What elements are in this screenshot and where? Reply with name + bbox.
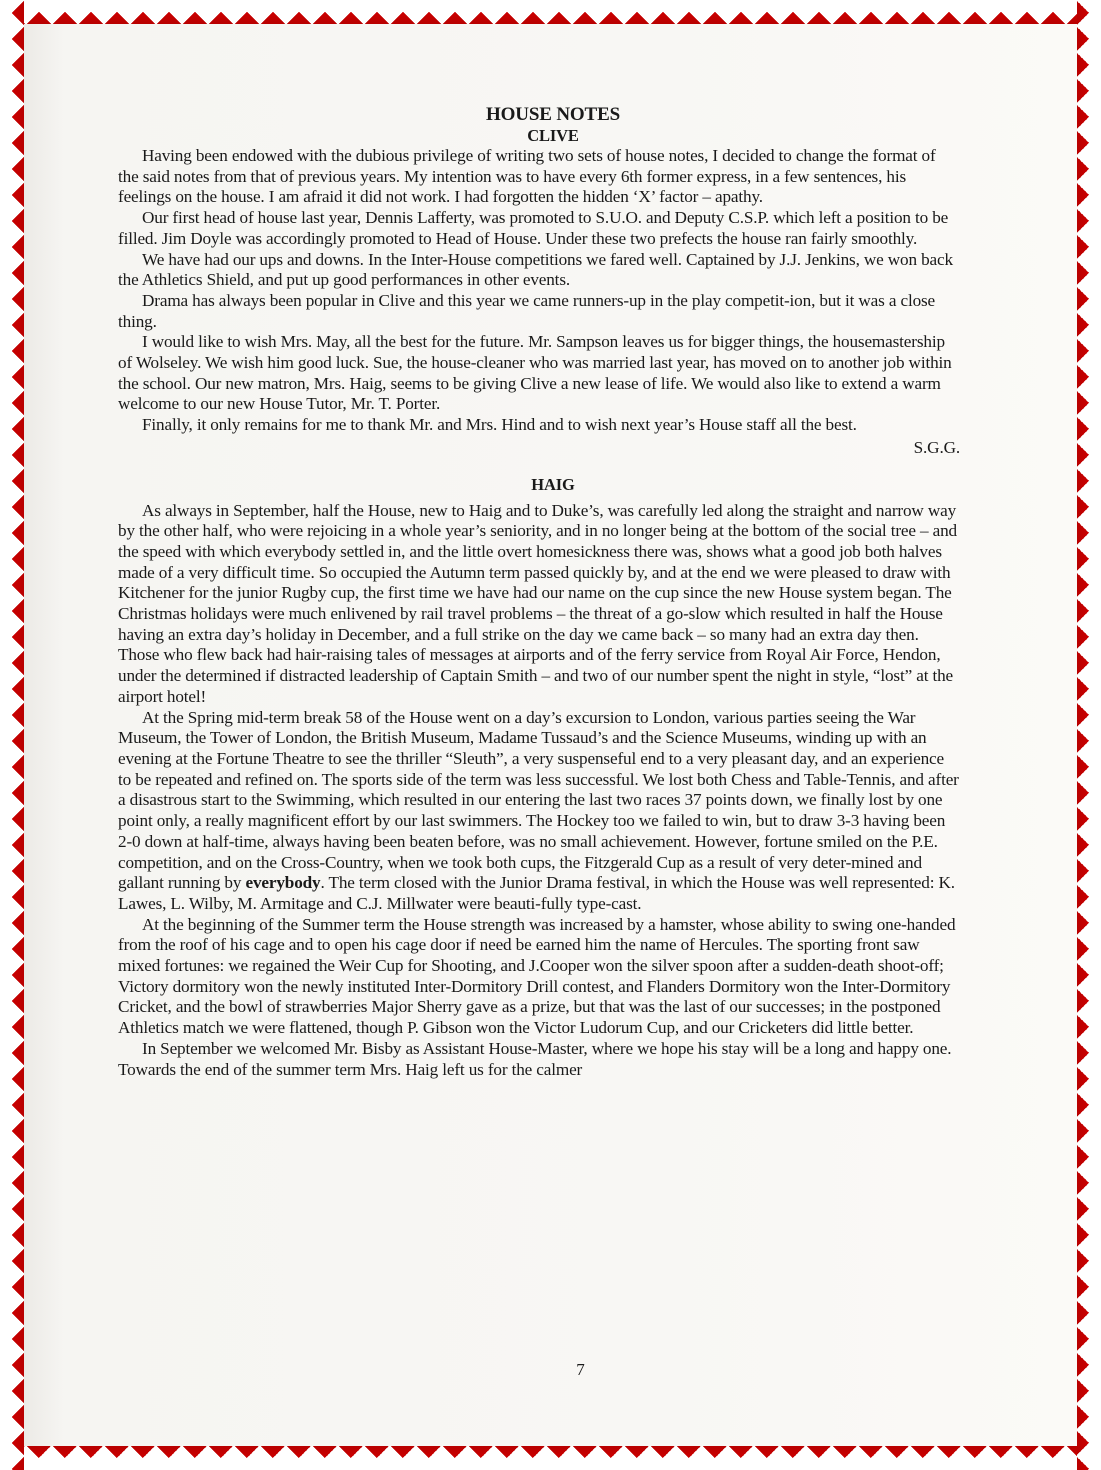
- page-number: 7: [0, 1360, 1101, 1380]
- emphasized-word: everybody: [245, 873, 320, 892]
- paragraph: In September we welcomed Mr. Bisby as As…: [118, 1039, 960, 1080]
- paragraph: We have had our ups and downs. In the In…: [118, 250, 960, 291]
- section-heading-clive: CLIVE: [118, 126, 960, 146]
- section-clive: CLIVE Having been endowed with the dubio…: [118, 126, 960, 459]
- paragraph: I would like to wish Mrs. May, all the b…: [118, 332, 960, 415]
- section-heading-haig: HAIG: [118, 475, 960, 495]
- decorative-border-bottom: [0, 1446, 1101, 1470]
- author-signature: S.G.G.: [118, 438, 960, 459]
- section-haig: HAIG As always in September, half the Ho…: [118, 475, 960, 1081]
- paragraph: Finally, it only remains for me to thank…: [118, 415, 960, 436]
- paragraph: Our first head of house last year, Denni…: [118, 208, 960, 249]
- decorative-border-left: [0, 0, 24, 1470]
- page-content: HOUSE NOTES CLIVE Having been endowed wi…: [118, 104, 960, 1080]
- page-title: HOUSE NOTES: [118, 104, 960, 126]
- paragraph: As always in September, half the House, …: [118, 501, 960, 708]
- paragraph-text: At the Spring mid-term break 58 of the H…: [118, 708, 959, 893]
- paragraph: At the Spring mid-term break 58 of the H…: [118, 708, 960, 915]
- paragraph: Having been endowed with the dubious pri…: [118, 146, 960, 208]
- paragraph: At the beginning of the Summer term the …: [118, 915, 960, 1039]
- document-page: HOUSE NOTES CLIVE Having been endowed wi…: [24, 24, 1077, 1446]
- decorative-border-top: [0, 0, 1101, 24]
- paragraph: Drama has always been popular in Clive a…: [118, 291, 960, 332]
- decorative-border-right: [1077, 0, 1101, 1470]
